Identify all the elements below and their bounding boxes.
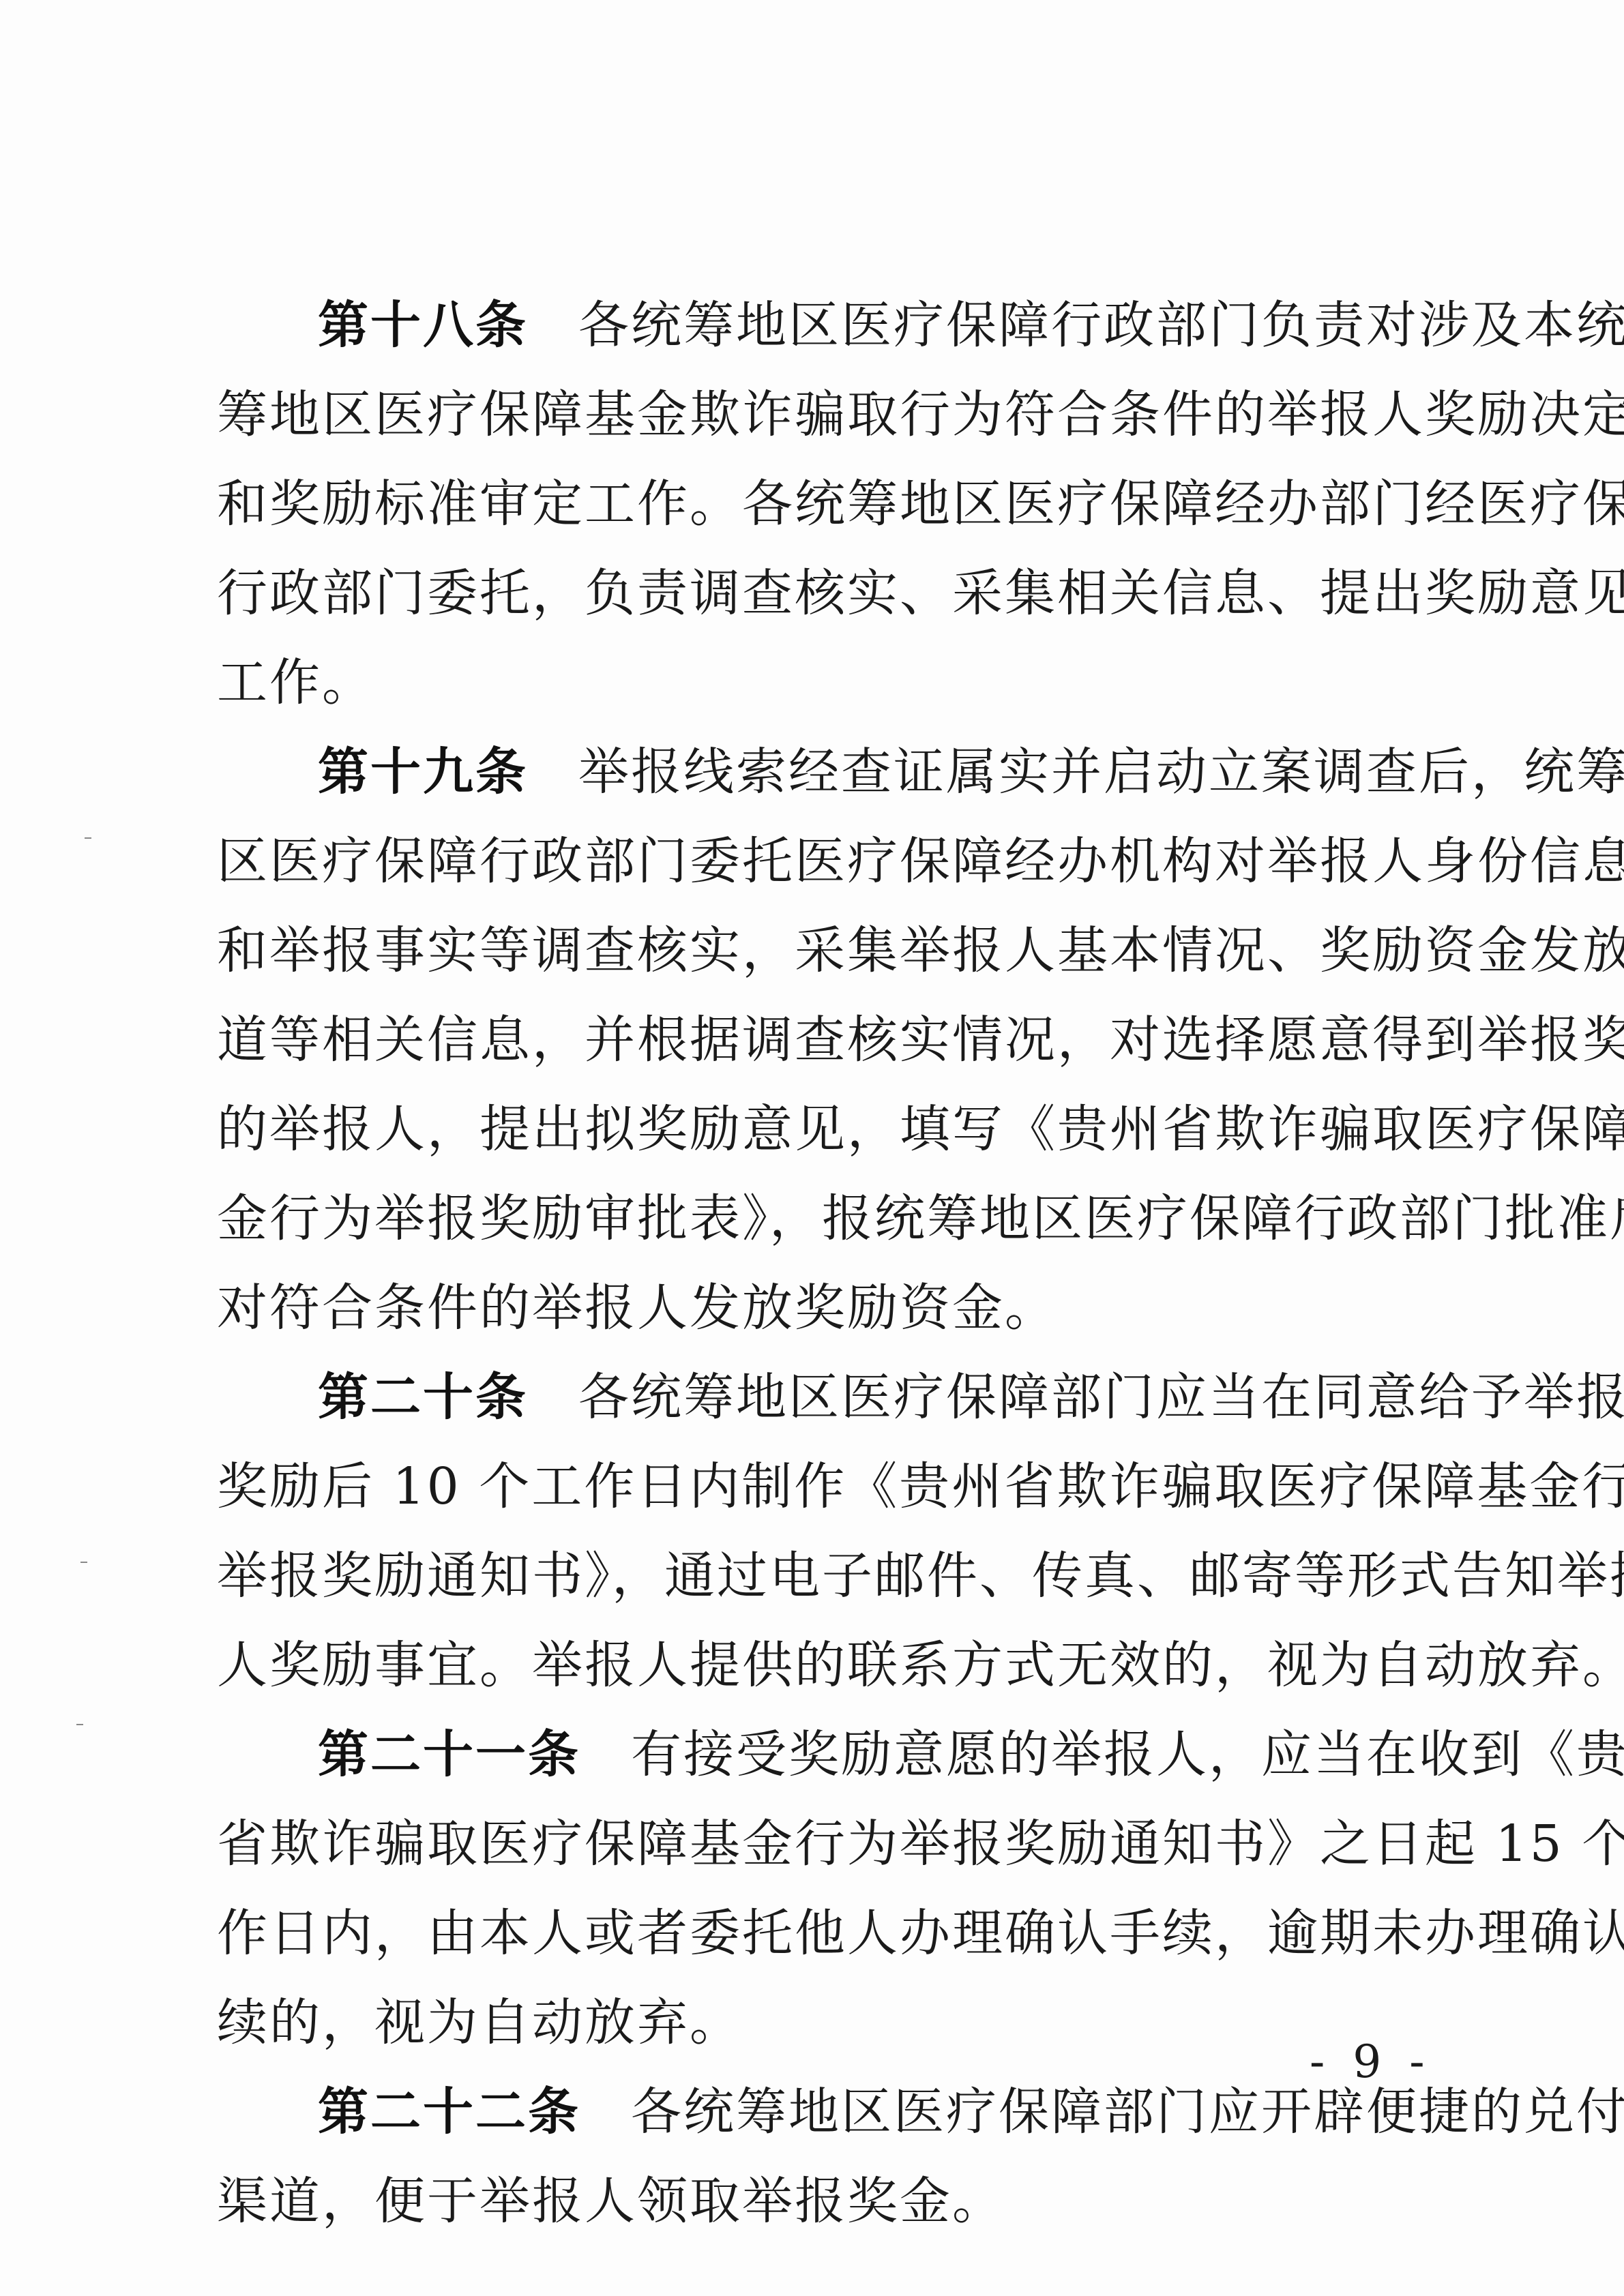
text-line: 渠道，便于举报人领取举报奖金。	[217, 2157, 1423, 2246]
page-number: - 9 -	[1310, 2036, 1432, 2088]
document-page: 第十八条各统筹地区医疗保障行政部门负责对涉及本统 筹地区医疗保障基金欺诈骗取行为…	[0, 0, 1624, 2296]
document-body: 第十八条各统筹地区医疗保障行政部门负责对涉及本统 筹地区医疗保障基金欺诈骗取行为…	[217, 281, 1423, 2246]
text-line: 举报奖励通知书》，通过电子邮件、传真、邮寄等形式告知举报	[217, 1532, 1423, 1621]
text-line: 作日内，由本人或者委托他人办理确认手续，逾期未办理确认手	[217, 1889, 1423, 1978]
text-line: 奖励后 10 个工作日内制作《贵州省欺诈骗取医疗保障基金行为	[217, 1442, 1423, 1532]
text-line: 和奖励标准审定工作。各统筹地区医疗保障经办部门经医疗保障	[217, 460, 1423, 549]
text-line: 筹地区医疗保障基金欺诈骗取行为符合条件的举报人奖励决定	[217, 370, 1423, 460]
text-line: 和举报事实等调查核实，采集举报人基本情况、奖励资金发放渠	[217, 906, 1423, 996]
text-line: 的举报人，提出拟奖励意见，填写《贵州省欺诈骗取医疗保障基	[217, 1085, 1423, 1174]
article-number: 第二十一条	[318, 1725, 580, 1784]
text-line: 行政部门委托，负责调查核实、采集相关信息、提出奖励意见等	[217, 549, 1423, 638]
scan-mark	[80, 1562, 87, 1563]
text-line: 续的，视为自动放弃。	[217, 1978, 1423, 2068]
text-line: 对符合条件的举报人发放奖励资金。	[217, 1264, 1423, 1353]
text-line: 道等相关信息，并根据调查核实情况，对选择愿意得到举报奖励	[217, 996, 1423, 1085]
article-22: 第二十二条各统筹地区医疗保障部门应开辟便捷的兑付 渠道，便于举报人领取举报奖金。	[217, 2068, 1423, 2246]
article-20: 第二十条各统筹地区医疗保障部门应当在同意给予举报 奖励后 10 个工作日内制作《…	[217, 1353, 1423, 1710]
article-18: 第十八条各统筹地区医疗保障行政部门负责对涉及本统 筹地区医疗保障基金欺诈骗取行为…	[217, 281, 1423, 728]
scan-mark	[85, 837, 91, 839]
text-line: 第二十二条各统筹地区医疗保障部门应开辟便捷的兑付	[217, 2068, 1423, 2157]
text-line: 金行为举报奖励审批表》，报统筹地区医疗保障行政部门批准后，	[217, 1174, 1423, 1264]
text-line: 省欺诈骗取医疗保障基金行为举报奖励通知书》之日起 15 个工	[217, 1800, 1423, 1889]
article-number: 第十八条	[318, 296, 528, 355]
text-line: 第十八条各统筹地区医疗保障行政部门负责对涉及本统	[217, 281, 1423, 370]
article-number: 第十九条	[318, 743, 528, 801]
article-number: 第二十条	[318, 1368, 528, 1427]
text-line: 第二十一条有接受奖励意愿的举报人，应当在收到《贵州	[217, 1710, 1423, 1800]
article-number: 第二十二条	[318, 2083, 580, 2141]
text-line: 工作。	[217, 638, 1423, 728]
text-line: 人奖励事宜。举报人提供的联系方式无效的，视为自动放弃。	[217, 1621, 1423, 1710]
text-line: 区医疗保障行政部门委托医疗保障经办机构对举报人身份信息	[217, 817, 1423, 906]
text-line: 第二十条各统筹地区医疗保障部门应当在同意给予举报	[217, 1353, 1423, 1442]
article-21: 第二十一条有接受奖励意愿的举报人，应当在收到《贵州 省欺诈骗取医疗保障基金行为举…	[217, 1710, 1423, 2068]
text-line: 第十九条举报线索经查证属实并启动立案调查后，统筹地	[217, 728, 1423, 817]
scan-mark	[76, 1724, 83, 1725]
article-19: 第十九条举报线索经查证属实并启动立案调查后，统筹地 区医疗保障行政部门委托医疗保…	[217, 728, 1423, 1353]
